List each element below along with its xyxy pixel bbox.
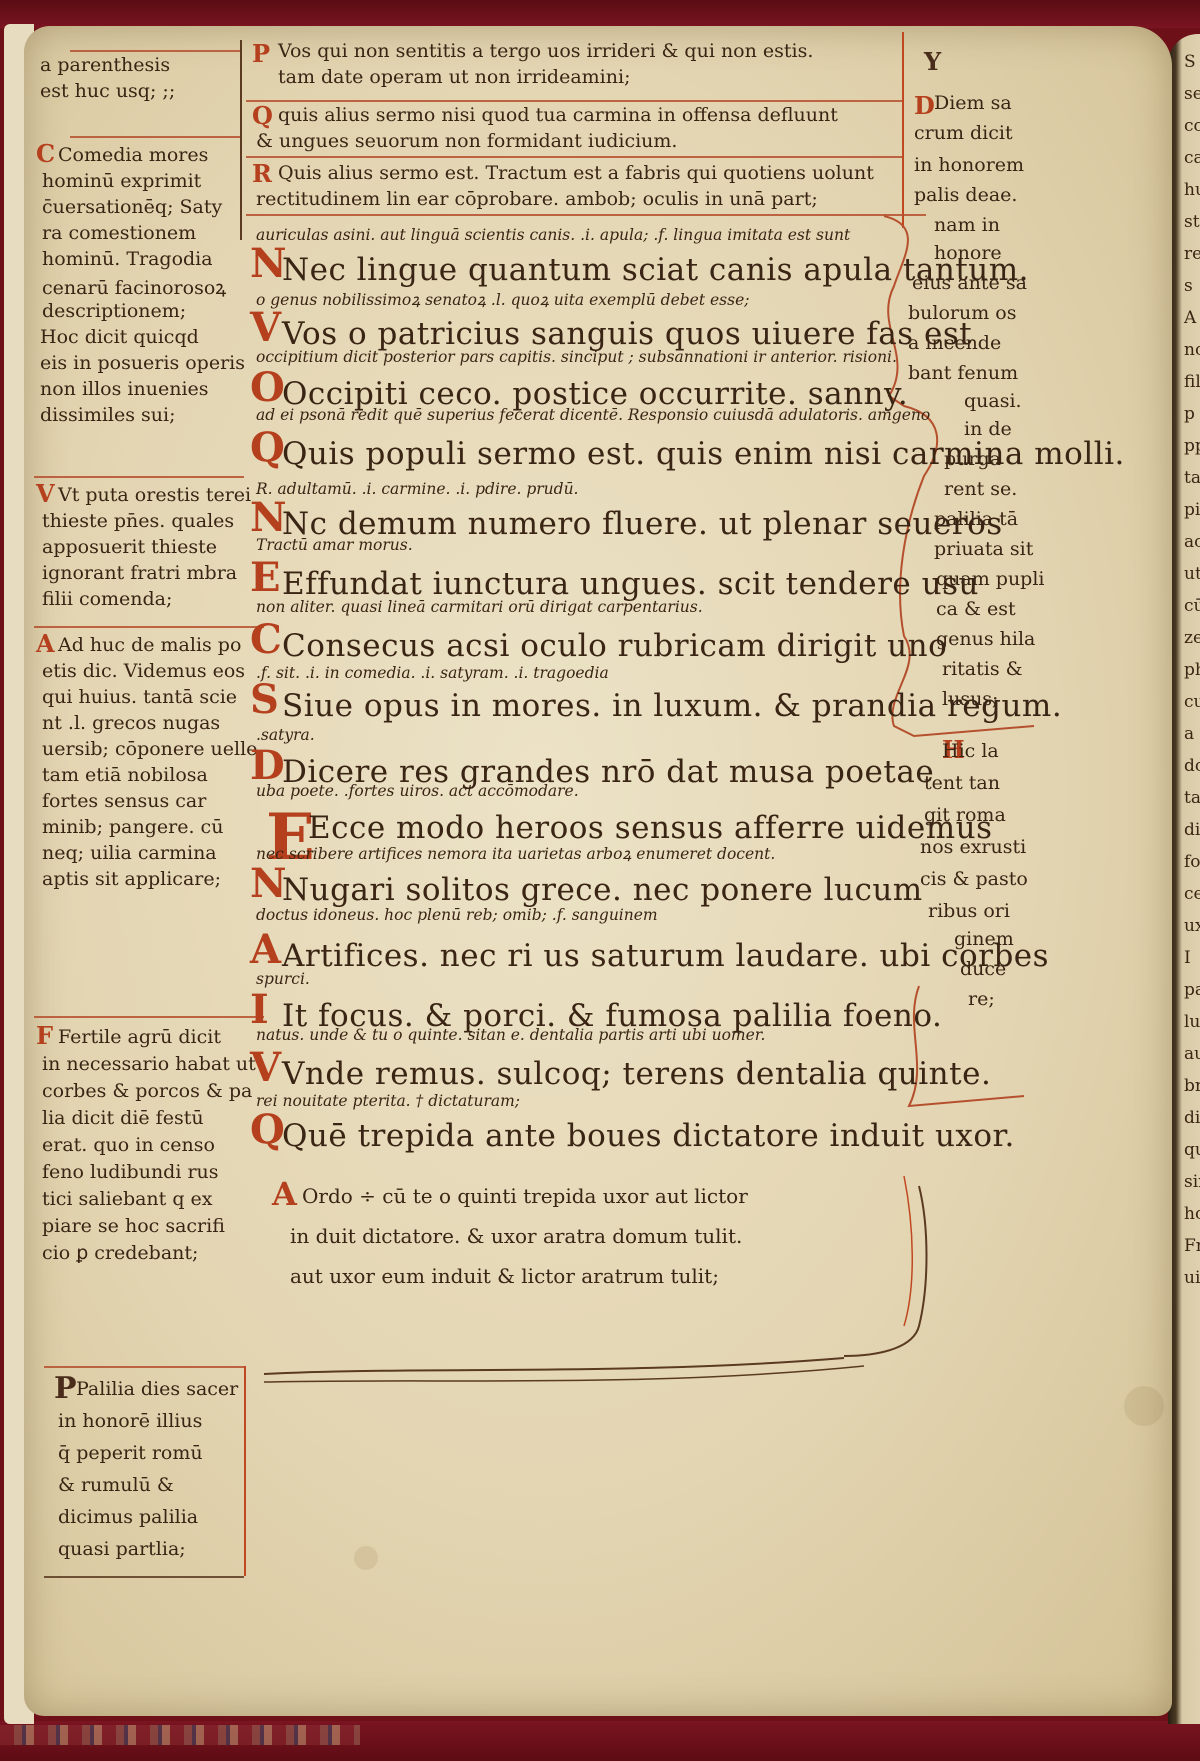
interlinear-gloss: Tractū amar morus. [256,536,413,554]
facing-page-text-fragment: hulta [1184,182,1200,199]
verse-text: Quē trepida ante boues dictatore induit … [282,1118,1015,1154]
rubricated-initial: V [250,1048,281,1088]
right-margin-gloss-line: re; [968,988,995,1010]
facing-page-text-fragment: pac [1184,982,1200,999]
palilia-gloss-line: quasi partlia; [58,1538,186,1560]
facing-page-text-fragment: ppt [1184,438,1200,455]
box-rule [44,1576,244,1578]
facing-page-text-fragment: ux [1184,918,1200,935]
facing-page-text-fragment: p do [1184,406,1200,423]
interlinear-gloss: ad ei psonā redit quē superius fecerat d… [256,406,930,424]
binding-bottom-edge [0,1721,1200,1761]
facing-page-text-fragment: carn [1184,150,1200,167]
facing-page-edge: Sse qcompcarnhultastudires psAnctfiltap … [1168,34,1200,1724]
facing-page-text-fragment: Fro [1184,1238,1200,1255]
rubricated-initial: O [250,368,285,408]
verse-text: Quis populi sermo est. quis enim nisi ca… [282,436,1125,472]
verse-text: Artifices. nec ri us saturum laudare. ub… [282,938,1049,974]
ordo-gloss-line: Ordo ÷ cū te o quinti trepida uxor aut l… [302,1184,748,1208]
facing-page-text-fragment: se q [1184,86,1200,103]
right-margin-gloss-line: rent se. [944,478,1017,500]
palilia-gloss-line: & rumulū & [58,1474,174,1496]
facing-page-text-fragment: S [1184,54,1196,71]
right-margin-gloss-line: nam in [934,214,1000,236]
facing-page-text-fragment: s [1184,278,1193,295]
verse-text: Consecus acsi oculo rubricam dirigit uno [282,628,947,664]
facing-page-text-fragment: tan [1184,790,1200,807]
rubricated-initial: V [250,308,281,348]
facing-page-text-fragment: res p [1184,246,1200,263]
right-margin-gloss-line: tent tan [924,772,1000,794]
facing-page-text-fragment: ui [1184,1270,1200,1287]
facing-page-text-fragment: aut [1184,1046,1200,1063]
right-margin-gloss-line: palis deae. [914,184,1017,206]
facing-page-text-fragment: a d [1184,726,1200,743]
right-margin-gloss-line: Hic la [942,740,999,762]
facing-page-text-fragment: comp [1184,118,1200,135]
facing-page-text-fragment: din [1184,822,1200,839]
rubricated-initial: S [250,680,279,720]
facing-page-text-fragment: filta [1184,374,1200,391]
right-margin-gloss-line: ribus ori [928,900,1010,922]
right-margin-gloss-line: Diem sa [934,92,1012,114]
rubricated-initial: C [250,620,282,660]
verse-text: Nugari solitos grece. nec ponere lucum [282,872,923,908]
facing-page-text-fragment: ut [1184,566,1200,583]
ordo-gloss-line: in duit dictatore. & uxor aratra domum t… [290,1224,742,1248]
interlinear-gloss: natus. unde & tu o quinte. sitan e. dent… [256,1026,765,1044]
right-margin-gloss-line: quasi. [964,390,1022,412]
interlinear-gloss: nec scribere artifices nemora ita uariet… [256,842,775,864]
verse-text: Nec lingue quantum sciat canis apula tan… [282,252,1029,288]
facing-page-text-fragment: acti [1184,534,1200,551]
rubricated-initial: Q [250,1110,285,1150]
palilia-gloss-line: dicimus palilia [58,1506,198,1528]
right-margin-gloss-line: in honorem [914,154,1024,176]
marbled-endpaper [0,1725,360,1745]
manuscript-page: P Vos qui non sentitis a tergo uos irrid… [24,26,1172,1716]
facing-page-text-fragment: nct [1184,342,1200,359]
rubricated-initial: D [914,94,935,118]
verse-text: Vnde remus. sulcoq; terens dentalia quin… [282,1056,991,1092]
facing-page-text-fragment: cur [1184,694,1200,711]
interlinear-gloss: .f. sit. .i. in comedia. .i. satyram. .i… [256,664,609,682]
facing-page-text-fragment: dol [1184,758,1200,775]
right-margin-gloss-line: ritatis & [942,658,1023,680]
right-margin-gloss-line: genus hila [936,628,1035,650]
verse-text: Siue opus in mores. in luxum. & prandia … [282,688,1062,724]
right-margin-gloss-line: bant fenum [908,362,1018,384]
facing-page-text-fragment: phu [1184,662,1200,679]
interlinear-gloss: R. adultamū. .i. carmine. .i. pdire. pru… [256,480,579,498]
right-margin-gloss-line: cis & pasto [920,868,1028,890]
facing-page-text-fragment: pit [1184,502,1200,519]
facing-page-text-fragment: zec [1184,630,1200,647]
right-margin-gloss-line: crum dicit [914,122,1013,144]
facing-page-text-fragment: bris [1184,1078,1200,1095]
section-marker: Y [924,50,941,74]
interlinear-gloss: rei nouitate pterita. † dictaturam; [256,1092,520,1110]
facing-page-text-fragment: cū [1184,598,1200,615]
rubricated-initial: E [250,558,281,598]
facing-page-text-fragment: ces [1184,886,1200,903]
facing-page-text-fragment: dict [1184,1110,1200,1127]
palilia-gloss-line: q̄ peperit romū [58,1442,203,1464]
ordo-gloss-line: aut uxor eum induit & lictor aratrum tul… [290,1264,719,1288]
interlinear-gloss: auriculas asini. aut linguā scientis can… [256,226,850,244]
rubricated-initial: D [250,746,285,786]
rubricated-initial: Q [250,428,285,468]
facing-page-text-fragment: I [1184,950,1191,967]
interlinear-gloss: non aliter. quasi lineā carmitari orū di… [256,598,703,616]
parchment-stain [354,1546,378,1570]
rubricated-initial: A [272,1178,297,1210]
facing-page-text-fragment: studi [1184,214,1200,231]
facing-page-text-fragment: ta: [1184,470,1200,487]
verse-text: Vos o patricius sanguis quos uiuere fas … [282,316,972,352]
interlinear-gloss: doctus idoneus. hoc plenū reb; omib; .f.… [256,906,658,924]
rubricated-initial: A [250,930,281,970]
facing-page-text-fragment: qui [1184,1142,1200,1159]
facing-page-text-fragment: A [1184,310,1196,327]
facing-page-text-fragment: lui [1184,1014,1200,1031]
binding-top-edge [0,0,1200,28]
rubricated-initial: I [250,990,269,1030]
interlinear-gloss: occipitium dicit posterior pars capitis.… [256,348,897,366]
interlinear-gloss: o genus nobilissimoꝝ senatoꝝ .l. quoꝝ ui… [256,288,749,310]
facing-page-text-fragment: for [1184,854,1200,871]
verse-text: Effundat iunctura ungues. scit tendere u… [282,566,979,602]
verse-text: Ecce modo heroos sensus afferre uidemus [308,810,993,846]
facing-page-text-fragment: hon [1184,1206,1200,1223]
interlinear-gloss: uba poete. .fortes uiros. act accōmodare… [256,782,579,800]
facing-page-text-fragment: sin [1184,1174,1200,1191]
